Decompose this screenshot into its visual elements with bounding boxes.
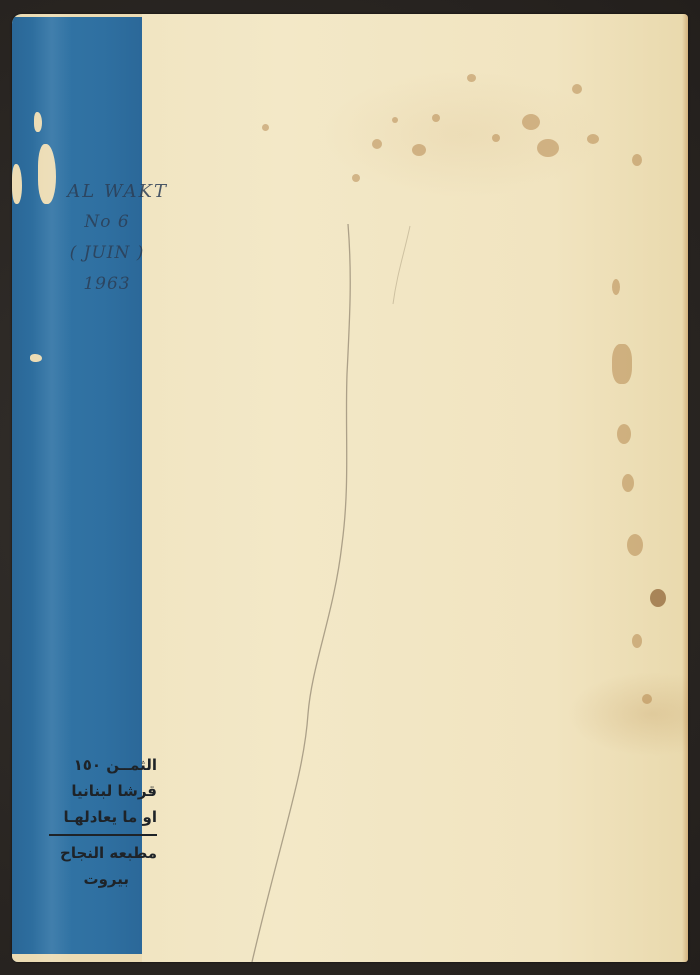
currency-line: قرشا لبنانيا <box>34 778 157 804</box>
city-line: بيروت <box>34 866 157 892</box>
issue-month: ( JUIN ) <box>42 238 172 269</box>
cover-title-block: AL WAKT No 6 ( JUIN ) 1963 <box>42 176 172 300</box>
printer-line: مطبعه النجاح <box>34 840 157 866</box>
page-edge <box>682 14 688 962</box>
paint-chip <box>34 112 42 132</box>
imprint-divider <box>49 834 157 836</box>
imprint-block: الثمــن ١٥٠ قرشا لبنانيا او ما يعادلهـا … <box>34 752 157 892</box>
paint-chip <box>12 954 142 962</box>
issue-number: No 6 <box>42 207 172 238</box>
magazine-title: AL WAKT <box>42 176 172 207</box>
paint-chip <box>12 164 22 204</box>
paint-chip <box>12 14 142 17</box>
issue-year: 1963 <box>42 269 172 300</box>
equivalent-line: او ما يعادلهـا <box>34 804 157 830</box>
paint-chip <box>30 354 42 362</box>
magazine-cover: AL WAKT No 6 ( JUIN ) 1963 الثمــن ١٥٠ ق… <box>12 14 688 962</box>
price-line: الثمــن ١٥٠ <box>34 752 157 778</box>
